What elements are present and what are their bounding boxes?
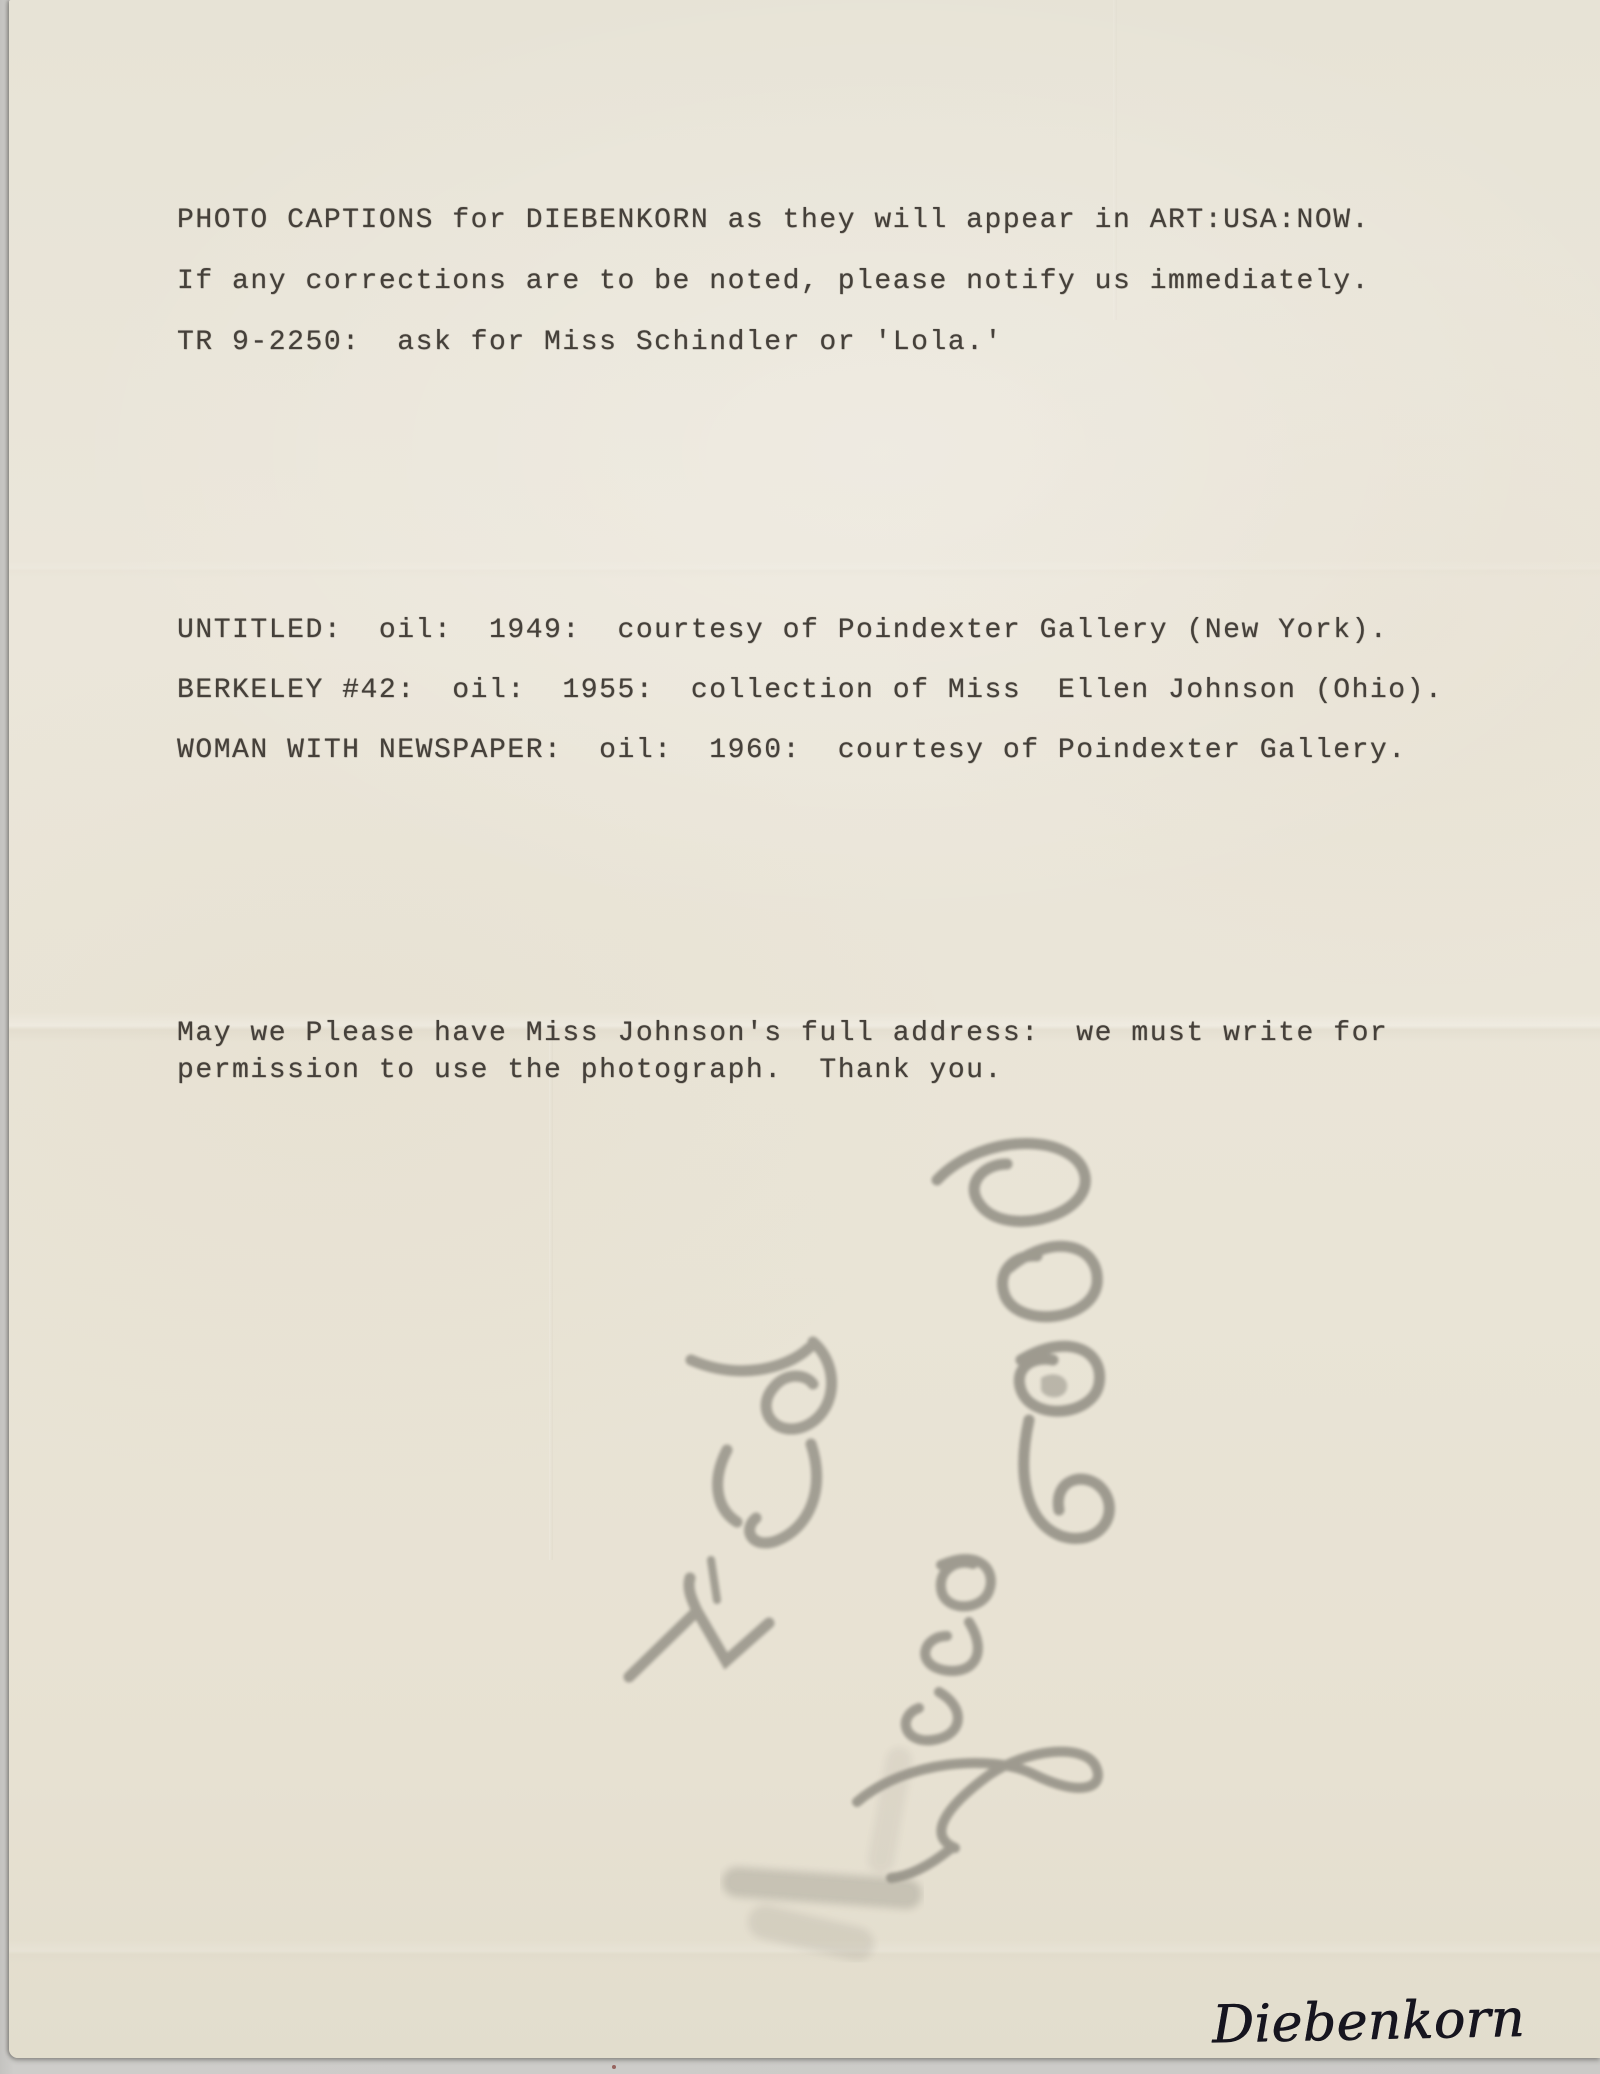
typed-line-corrections: If any corrections are to be noted, plea…	[177, 266, 1370, 297]
typed-line-caption-berkeley-42: BERKELEY #42: oil: 1955: collection of M…	[177, 675, 1443, 706]
horizontal-fold-crease	[9, 560, 1600, 578]
typed-line-address-request: May we Please have Miss Johnson's full a…	[177, 1018, 1388, 1049]
scanner-bed-fleck	[612, 2065, 616, 2069]
typed-line-caption-woman-with-newspaper: WOMAN WITH NEWSPAPER: oil: 1960: courtes…	[177, 735, 1407, 766]
signature-diebenkorn: Diebenkorn	[1211, 1989, 1525, 2056]
typed-line-photo-captions: PHOTO CAPTIONS for DIEBENKORN as they wi…	[177, 205, 1370, 236]
pencil-scrawl	[429, 1060, 1129, 1980]
typed-line-caption-untitled: UNTITLED: oil: 1949: courtesy of Poindex…	[177, 615, 1388, 646]
scanned-document: PHOTO CAPTIONS for DIEBENKORN as they wi…	[0, 0, 1600, 2074]
typed-line-phone: TR 9-2250: ask for Miss Schindler or 'Lo…	[177, 327, 1003, 358]
paper-sheet: PHOTO CAPTIONS for DIEBENKORN as they wi…	[9, 0, 1600, 2058]
